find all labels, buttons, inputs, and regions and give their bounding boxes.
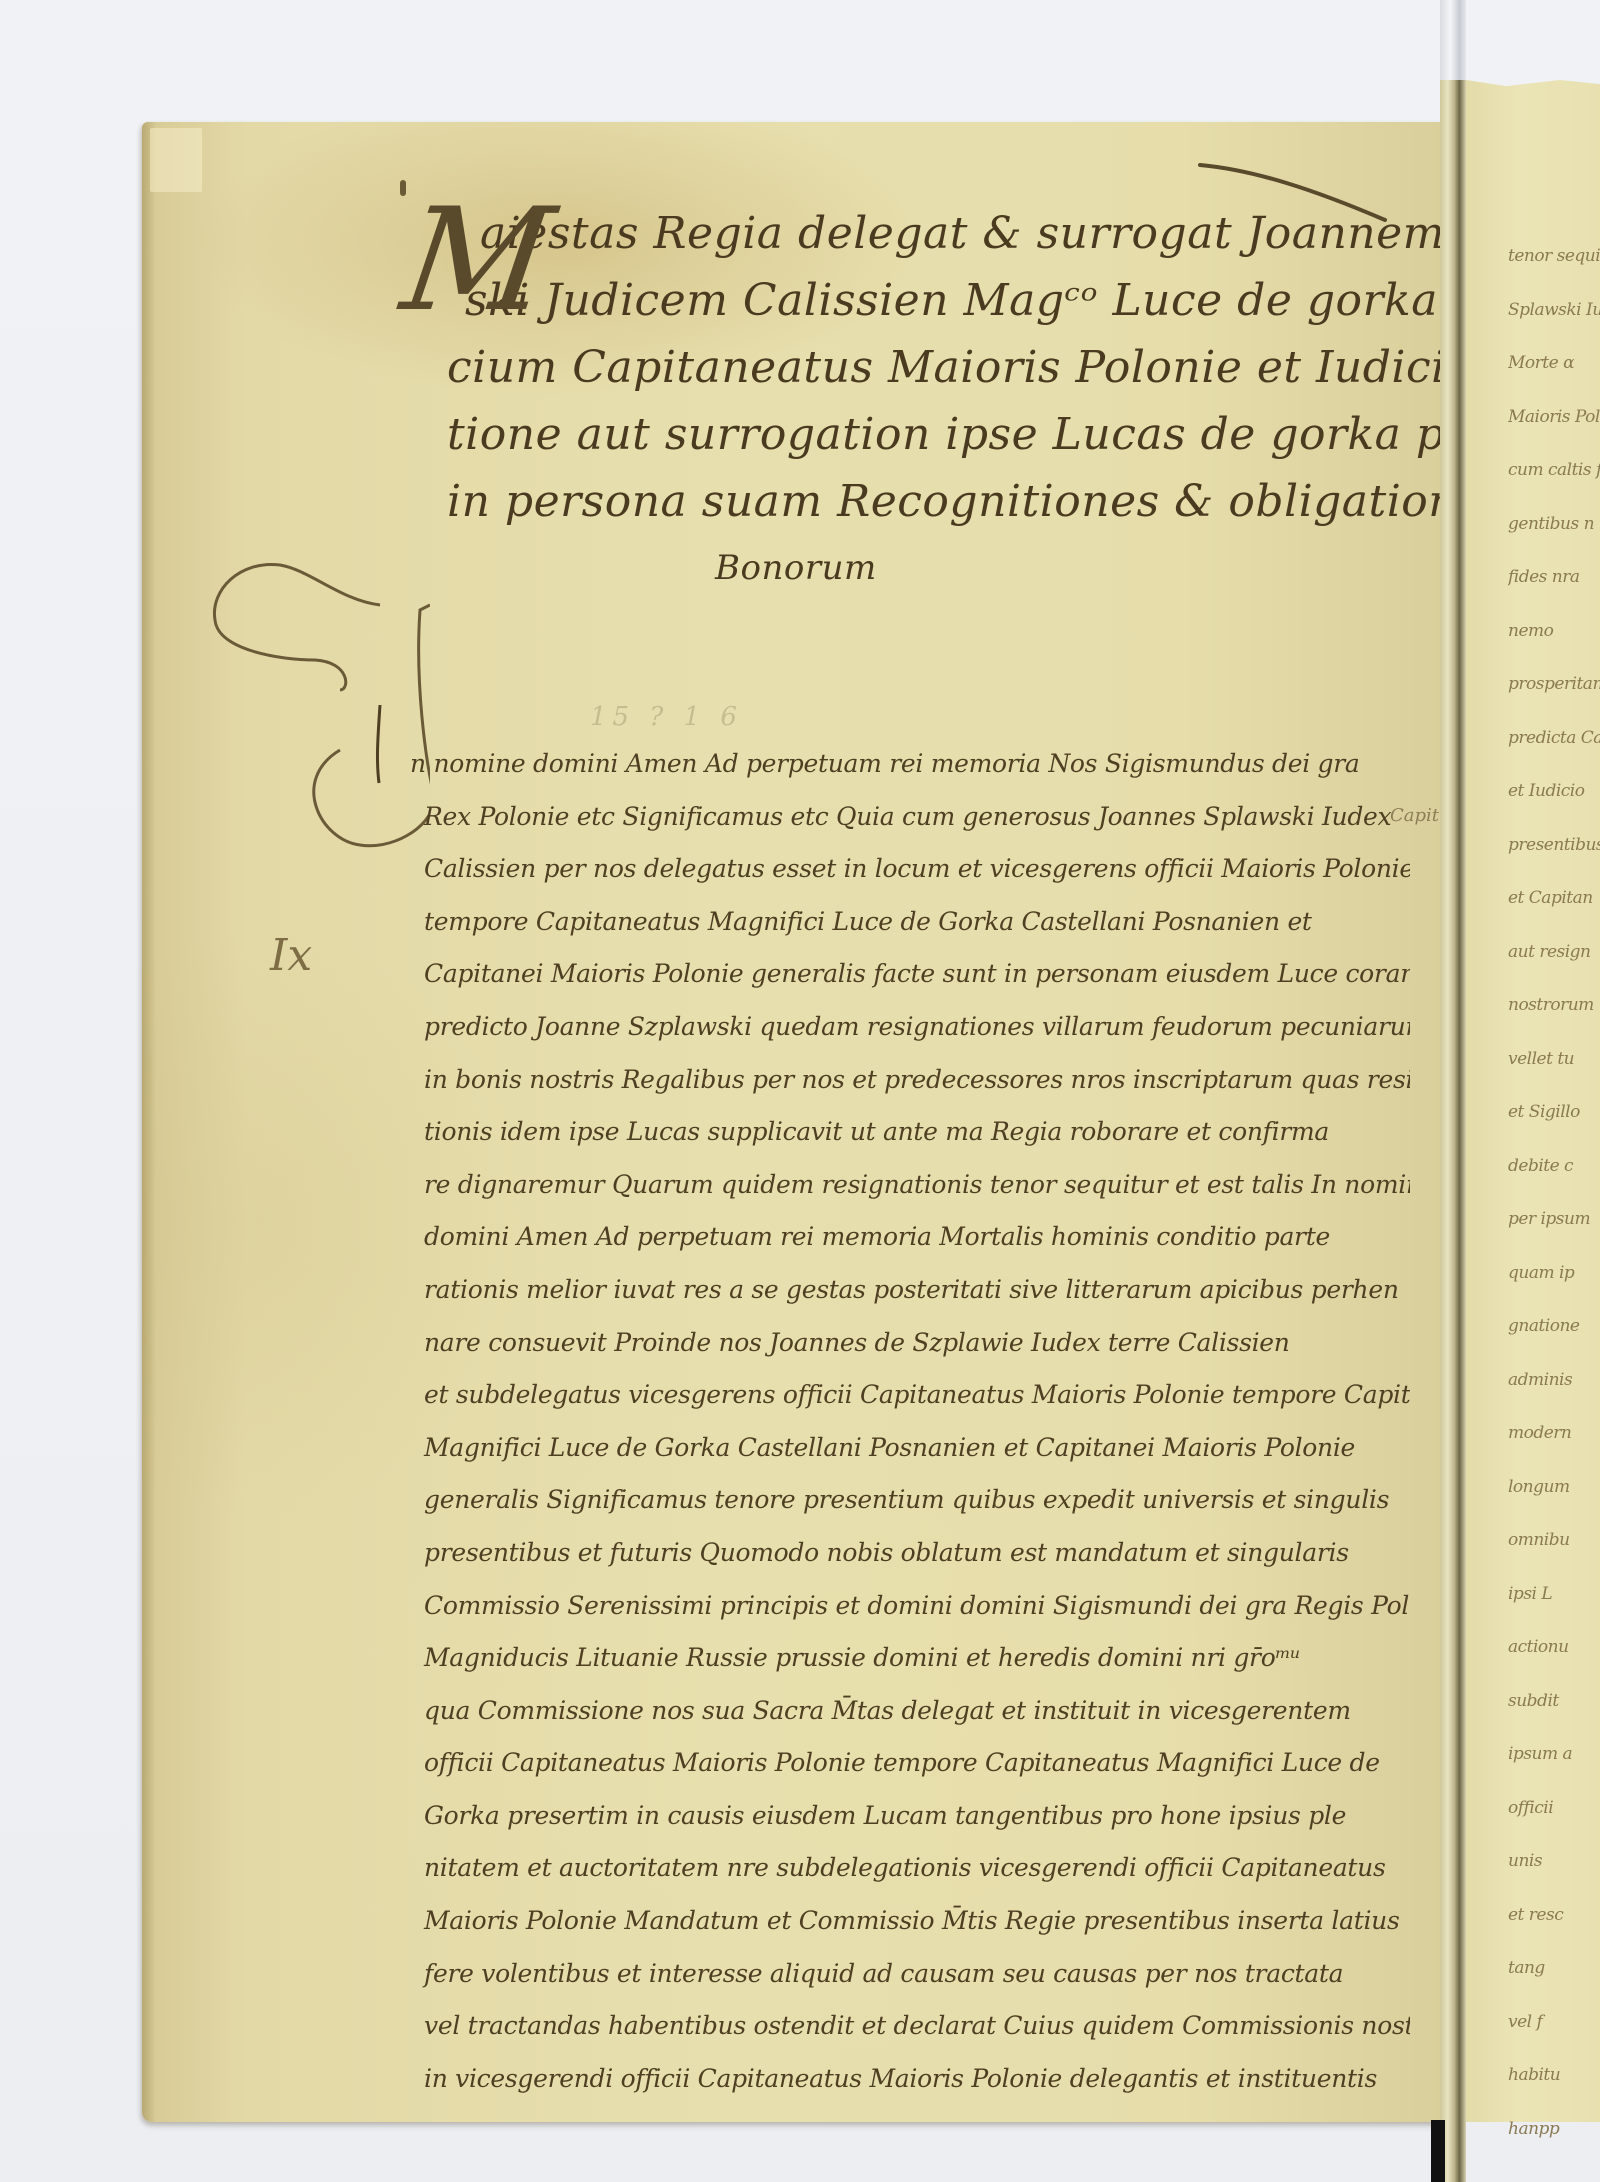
body-line: in bonis nostris Regalibus per nos et pr… <box>410 1054 1410 1107</box>
facing-line: fides nra <box>1508 551 1600 605</box>
body-line: domini Amen Ad perpetuam rei memoria Mor… <box>410 1211 1410 1264</box>
body-line: n nomine domini Amen Ad perpetuam rei me… <box>410 738 1410 791</box>
body-line: re dignaremur Quarum quidem resignationi… <box>410 1159 1410 1212</box>
facing-line: presentibus <box>1508 819 1600 873</box>
facing-line: prosperitano <box>1508 658 1600 712</box>
body-line: Commissio Serenissimi principis et domin… <box>410 1580 1410 1633</box>
facing-line: tenor sequitur <box>1508 230 1600 284</box>
dropcap-i-icon <box>372 705 386 785</box>
body-line: Magniducis Lituanie Russie prussie domin… <box>410 1632 1410 1685</box>
body-line: et subdelegatus vicesgerens officii Capi… <box>410 1369 1410 1422</box>
facing-line: vellet tu <box>1508 1033 1600 1087</box>
document-heading: M aiestas Regia delegat & surrogat Joann… <box>405 200 1415 602</box>
binding-gutter <box>1440 80 1466 2182</box>
body-line: Rex Polonie etc Significamus etc Quia cu… <box>410 791 1410 844</box>
body-line: rationis melior iuvat res a se gestas po… <box>410 1264 1410 1317</box>
facing-line: nemo <box>1508 605 1600 659</box>
heading-line: Bonorum <box>405 535 1415 602</box>
body-line: Calissien per nos delegatus esset in loc… <box>410 843 1410 896</box>
heading-line: cium Capitaneatus Maioris Polonie et Iud… <box>405 334 1415 401</box>
facing-line: gentibus n <box>1508 498 1600 552</box>
facing-line: nostrorum <box>1508 979 1600 1033</box>
margin-note: Ix <box>270 930 312 981</box>
body-line: officii Capitaneatus Maioris Polonie tem… <box>410 1737 1410 1790</box>
body-line: fere volentibus et interesse aliquid ad … <box>410 1948 1410 2001</box>
facing-line: actionu <box>1508 1621 1600 1675</box>
facing-line: debite c <box>1508 1140 1600 1194</box>
facing-line: habitu <box>1508 2049 1600 2103</box>
facing-line: longum <box>1508 1461 1600 1515</box>
body-line: vel tractandas habentibus ostendit et de… <box>410 2000 1410 2053</box>
body-line: tempore Capitaneatus Magnifici Luce de G… <box>410 896 1410 949</box>
faint-bleedthrough-marks: 15 ? 1 6 <box>590 702 743 732</box>
facing-line: tang <box>1508 1942 1600 1996</box>
facing-line: adminis <box>1508 1354 1600 1408</box>
body-line: qua Commissione nos sua Sacra M̄tas dele… <box>410 1685 1410 1738</box>
flourish-icon <box>1195 160 1395 230</box>
body-line: predicto Joanne Szplawski quedam resigna… <box>410 1001 1410 1054</box>
body-line: in vicesgerendi officii Capitaneatus Mai… <box>410 2053 1410 2106</box>
binding-gap <box>1440 0 1466 84</box>
facing-line: et Iudicio <box>1508 765 1600 819</box>
facing-line: unis <box>1508 1835 1600 1889</box>
page-clip <box>1431 2120 1445 2182</box>
facing-line: omnibu <box>1508 1514 1600 1568</box>
facing-line: Splawski Iu <box>1508 284 1600 338</box>
facing-line: Maioris Polon <box>1508 391 1600 445</box>
body-line: tionis idem ipse Lucas supplicavit ut an… <box>410 1106 1410 1159</box>
facing-line: Morte α <box>1508 337 1600 391</box>
heading-line: ski Judicem Calissien Magᶜᵒ Luce de gork… <box>405 267 1415 334</box>
body-line: generalis Significamus tenore presentium… <box>410 1474 1410 1527</box>
body-line: presentibus et futuris Quomodo nobis obl… <box>410 1527 1410 1580</box>
facing-line: gnatione <box>1508 1300 1600 1354</box>
facing-line: ipsi L <box>1508 1568 1600 1622</box>
heading-initial: M <box>395 190 560 332</box>
facing-line: vel f <box>1508 1996 1600 2050</box>
facing-line: et Sigillo <box>1508 1086 1600 1140</box>
facing-line: quam ip <box>1508 1247 1600 1301</box>
body-line: Maioris Polonie Mandatum et Commissio M̄… <box>410 1895 1410 1948</box>
heading-line: in persona suam Recognitiones & obligati… <box>405 468 1415 535</box>
body-line: Capitanei Maioris Polonie generalis fact… <box>410 948 1410 1001</box>
facing-line: hanpp <box>1508 2103 1600 2157</box>
facing-line: cum caltis f <box>1508 444 1600 498</box>
body-line: nare consuevit Proinde nos Joannes de Sz… <box>410 1317 1410 1370</box>
facing-line: et resc <box>1508 1889 1600 1943</box>
facing-line: ipsum a <box>1508 1728 1600 1782</box>
facing-line: modern <box>1508 1407 1600 1461</box>
facing-page-text: tenor sequitur Splawski Iu Morte α Maior… <box>1508 230 1600 2156</box>
body-line: Gorka presertim in causis eiusdem Lucam … <box>410 1790 1410 1843</box>
body-line: Magnifici Luce de Gorka Castellani Posna… <box>410 1422 1410 1475</box>
facing-line: aut resign <box>1508 926 1600 980</box>
facing-line: per ipsum <box>1508 1193 1600 1247</box>
facing-line: et Capitan <box>1508 872 1600 926</box>
facing-line: officii <box>1508 1782 1600 1836</box>
heading-line: tione aut surrogation ipse Lucas de gork… <box>405 401 1415 468</box>
document-viewer: M aiestas Regia delegat & surrogat Joann… <box>0 0 1600 2182</box>
body-line: nitatem et auctoritatem nre subdelegatio… <box>410 1842 1410 1895</box>
ink-blot <box>400 180 406 196</box>
facing-line: predicta Ca <box>1508 712 1600 766</box>
facing-line: subdit <box>1508 1675 1600 1729</box>
decorated-initial-icon <box>190 560 430 860</box>
document-body: n nomine domini Amen Ad perpetuam rei me… <box>410 738 1410 2105</box>
